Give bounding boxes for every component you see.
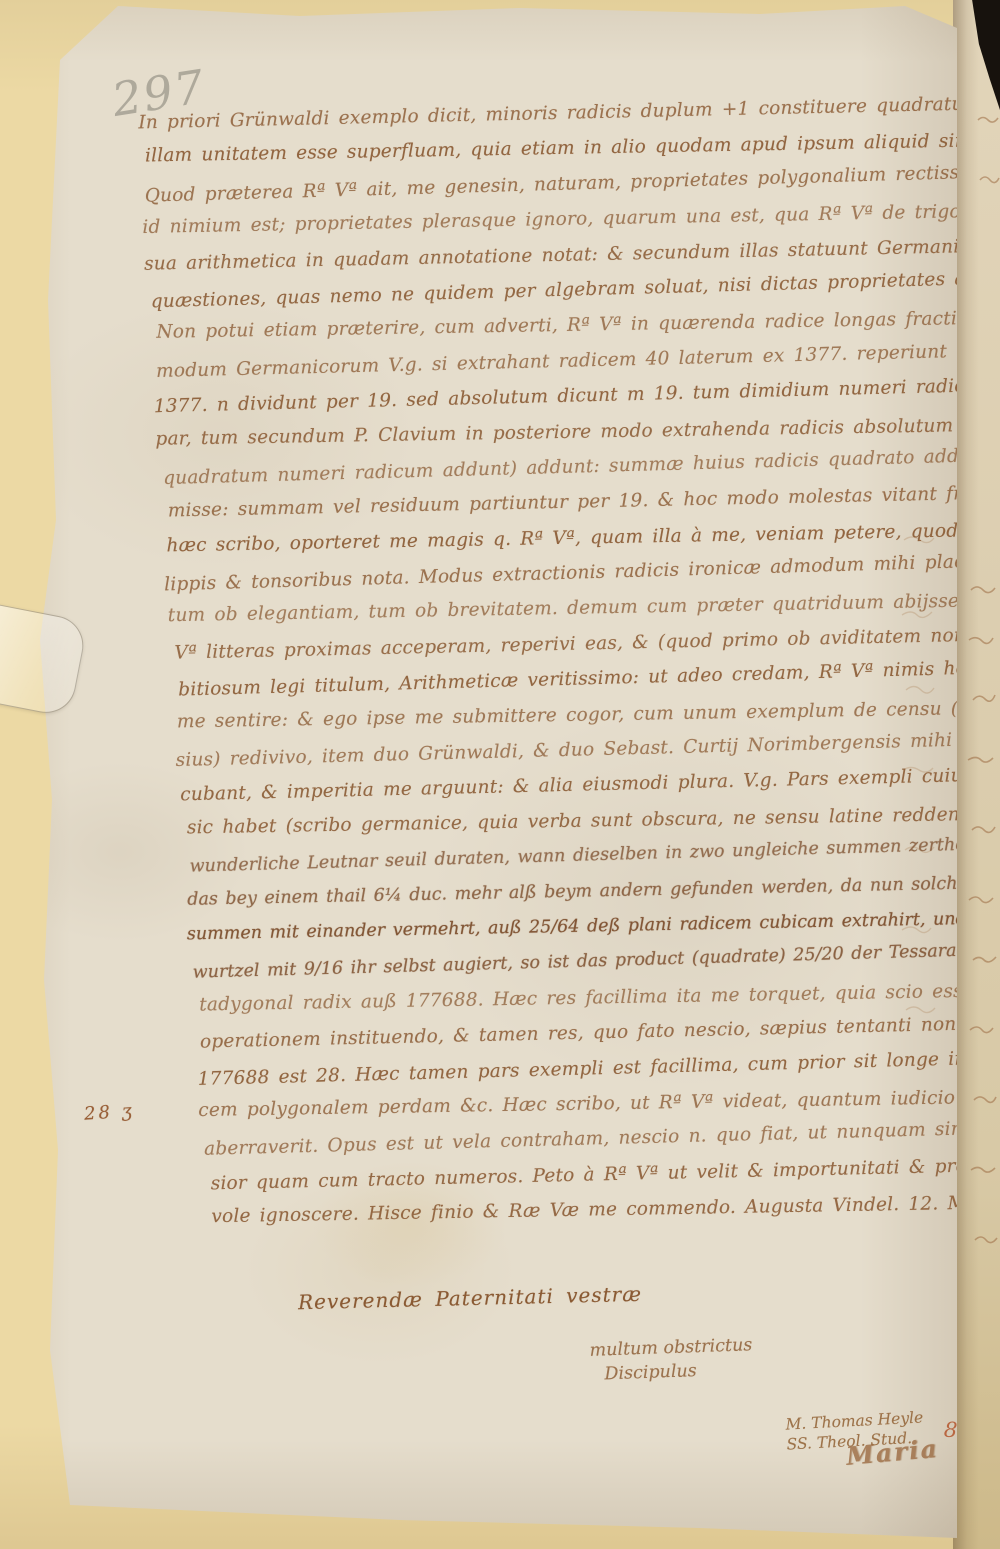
manuscript-page: 297 In priori Grünwaldi exemplo dicit, m…	[0, 0, 1000, 1549]
margin-note: 28 ʒ	[83, 1100, 135, 1124]
valediction-line-1: multum obstrictus	[589, 1335, 752, 1361]
letter-closing: Reverendæ Paternitati vestræ	[298, 1282, 642, 1314]
edge-foliation-number: 8	[943, 1418, 958, 1443]
letter-body: In priori Grünwaldi exemplo dicit, minor…	[138, 88, 968, 1236]
next-leaf-writing-marks	[953, 0, 1000, 1549]
valediction: multum obstrictus Discipulus	[589, 1335, 753, 1385]
valediction-line-2: Discipulus	[604, 1359, 753, 1384]
next-leaf-edge	[953, 0, 1000, 1549]
manuscript-scan: 297 In priori Grünwaldi exemplo dicit, m…	[0, 0, 1000, 1549]
